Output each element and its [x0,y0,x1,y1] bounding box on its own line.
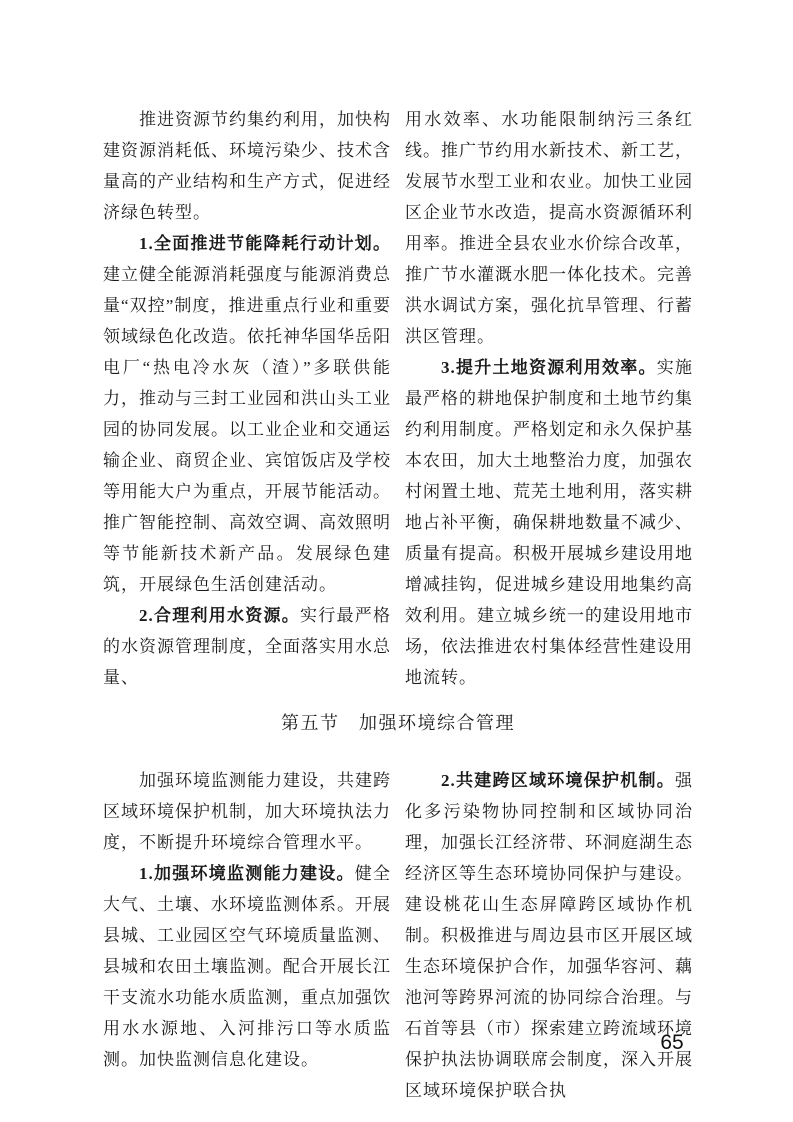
paragraph-text: 加强环境监测能力建设，共建跨区域环境保护机制，加大环境执法力度，不断提升环境综合… [103,771,391,852]
paragraph-item-2-continued: 用水效率、水功能限制纳污三条红线。推广节约用水新技术、新工艺，发展节水型工业和农… [405,104,693,352]
top-left-column: 推进资源节约集约利用，加快构建资源消耗低、环境污染少、技术含量高的产业结构和生产… [103,104,391,693]
paragraph-text: 推进资源节约集约利用，加快构建资源消耗低、环境污染少、技术含量高的产业结构和生产… [103,110,391,222]
paragraph-lead: 1.全面推进节能降耗行动计划。 [139,234,391,253]
paragraph-text: 建立健全能源消耗强度与能源消费总量“双控”制度，推进重点行业和重要领域绿色化改造… [103,265,391,594]
section5-right-column: 2.共建跨区域环境保护机制。强化多污染物协同控制和区域协同治理，加强长江经济带、… [405,765,693,1106]
paragraph-text: 健全大气、土壤、水环境监测体系。开展县城、工业园区空气环境质量监测、县城和农田土… [103,864,391,1069]
paragraph-text: 实施最严格的耕地保护制度和土地节约集约利用制度。严格划定和永久保护基本农田，加大… [405,358,693,687]
section5-left-column: 加强环境监测能力建设，共建跨区域环境保护机制，加大环境执法力度，不断提升环境综合… [103,765,391,1106]
paragraph-lead: 2.共建跨区域环境保护机制。 [441,771,675,790]
paragraph-lead: 3.提升土地资源利用效率。 [441,358,657,377]
top-section: 推进资源节约集约利用，加快构建资源消耗低、环境污染少、技术含量高的产业结构和生产… [103,104,693,693]
page-number: 65 [655,1031,689,1055]
paragraph-section5-intro: 加强环境监测能力建设，共建跨区域环境保护机制，加大环境执法力度，不断提升环境综合… [103,765,391,858]
paragraph-section5-item-1: 1.加强环境监测能力建设。健全大气、土壤、水环境监测体系。开展县城、工业园区空气… [103,858,391,1075]
paragraph-text: 用水效率、水功能限制纳污三条红线。推广节约用水新技术、新工艺，发展节水型工业和农… [405,110,693,346]
paragraph-lead: 2.合理利用水资源。 [139,606,300,625]
paragraph-lead: 1.加强环境监测能力建设。 [139,864,355,883]
section5-body: 加强环境监测能力建设，共建跨区域环境保护机制，加大环境执法力度，不断提升环境综合… [103,765,693,1106]
section-heading: 第五节 加强环境综合管理 [103,708,693,739]
paragraph-text: 强化多污染物协同控制和区域协同治理，加强长江经济带、环洞庭湖生态经济区等生态环境… [405,771,693,1100]
paragraph-item-1: 1.全面推进节能降耗行动计划。建立健全能源消耗强度与能源消费总量“双控”制度，推… [103,228,391,600]
paragraph-section5-item-2: 2.共建跨区域环境保护机制。强化多污染物协同控制和区域协同治理，加强长江经济带、… [405,765,693,1106]
paragraph-intro: 推进资源节约集约利用，加快构建资源消耗低、环境污染少、技术含量高的产业结构和生产… [103,104,391,228]
top-right-column: 用水效率、水功能限制纳污三条红线。推广节约用水新技术、新工艺，发展节水型工业和农… [405,104,693,693]
paragraph-item-2: 2.合理利用水资源。实行最严格的水资源管理制度，全面落实用水总量、 [103,600,391,693]
paragraph-item-3: 3.提升土地资源利用效率。实施最严格的耕地保护制度和土地节约集约利用制度。严格划… [405,352,693,693]
document-page-content: 推进资源节约集约利用，加快构建资源消耗低、环境污染少、技术含量高的产业结构和生产… [103,104,693,1106]
